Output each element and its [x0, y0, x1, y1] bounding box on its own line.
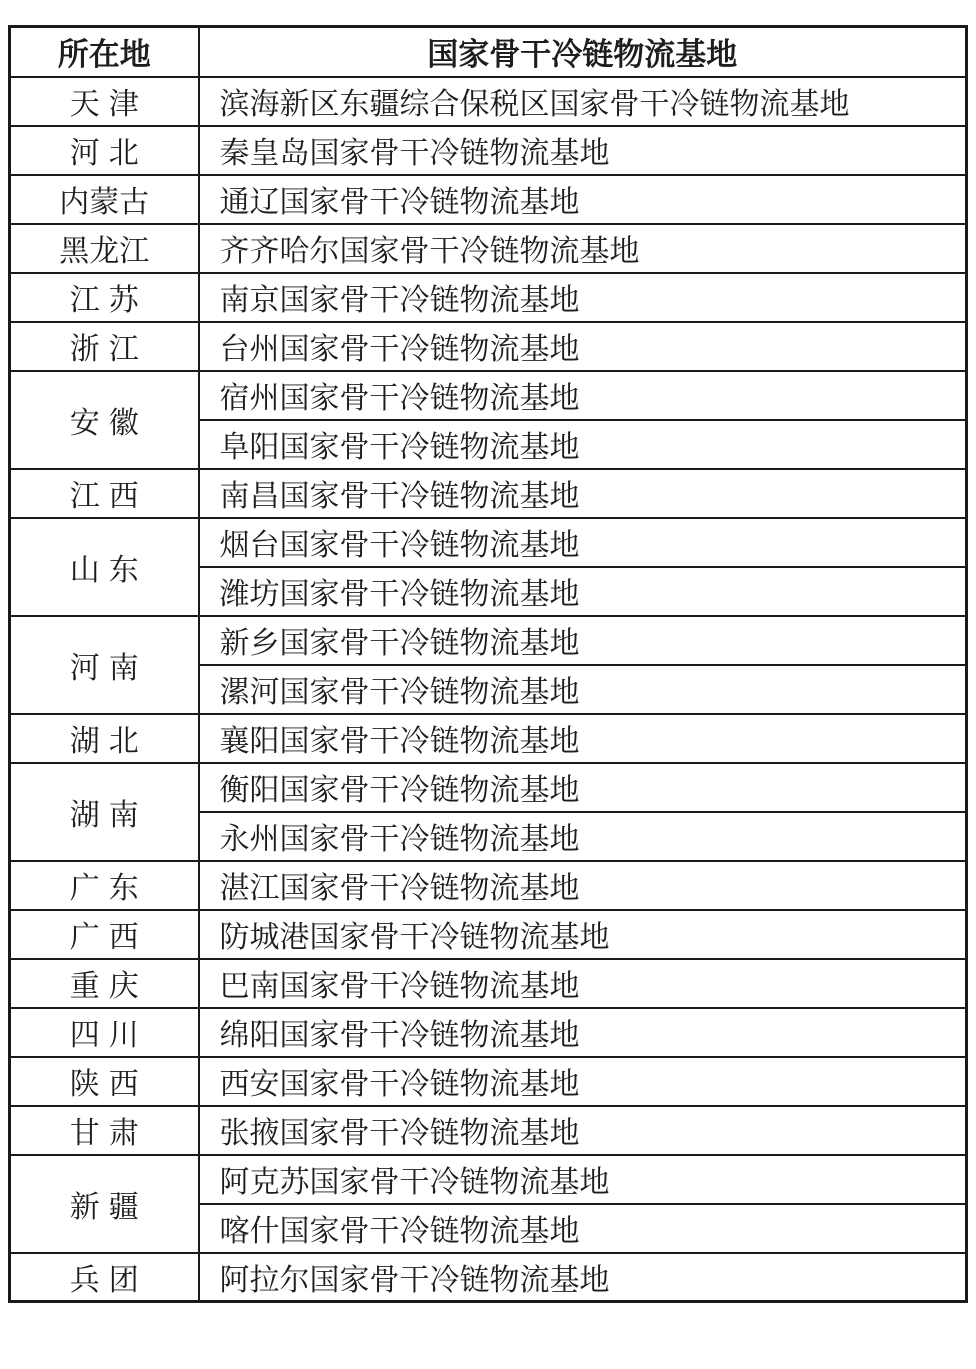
region-cell: 兵团	[10, 1253, 199, 1302]
base-cell: 南昌国家骨干冷链物流基地	[199, 469, 967, 518]
base-cell: 绵阳国家骨干冷链物流基地	[199, 1008, 967, 1057]
table-row: 湖南衡阳国家骨干冷链物流基地	[10, 763, 967, 812]
region-label: 四川	[70, 1019, 148, 1052]
base-cell: 台州国家骨干冷链物流基地	[199, 322, 967, 371]
region-cell: 广西	[10, 910, 199, 959]
region-cell: 广东	[10, 861, 199, 910]
base-cell: 烟台国家骨干冷链物流基地	[199, 518, 967, 567]
region-label: 陕西	[70, 1068, 148, 1101]
region-cell: 内蒙古	[10, 175, 199, 224]
base-cell: 西安国家骨干冷链物流基地	[199, 1057, 967, 1106]
table-row: 安徽宿州国家骨干冷链物流基地	[10, 371, 967, 420]
header-row: 所在地 国家骨干冷链物流基地	[10, 27, 967, 77]
base-cell: 秦皇岛国家骨干冷链物流基地	[199, 126, 967, 175]
region-cell: 天津	[10, 77, 199, 126]
region-cell: 安徽	[10, 371, 199, 469]
base-cell: 衡阳国家骨干冷链物流基地	[199, 763, 967, 812]
table-row: 河南新乡国家骨干冷链物流基地	[10, 616, 967, 665]
table-row: 四川绵阳国家骨干冷链物流基地	[10, 1008, 967, 1057]
region-cell: 浙江	[10, 322, 199, 371]
table-row: 兵团阿拉尔国家骨干冷链物流基地	[10, 1253, 967, 1302]
base-cell: 宿州国家骨干冷链物流基地	[199, 371, 967, 420]
table-body: 天津滨海新区东疆综合保税区国家骨干冷链物流基地河北秦皇岛国家骨干冷链物流基地内蒙…	[10, 77, 967, 1302]
region-label: 山东	[70, 554, 148, 587]
base-cell: 阿拉尔国家骨干冷链物流基地	[199, 1253, 967, 1302]
base-cell: 永州国家骨干冷链物流基地	[199, 812, 967, 861]
table-row: 广东湛江国家骨干冷链物流基地	[10, 861, 967, 910]
region-label: 安徽	[70, 407, 148, 440]
base-cell: 新乡国家骨干冷链物流基地	[199, 616, 967, 665]
table-row: 湖北襄阳国家骨干冷链物流基地	[10, 714, 967, 763]
base-cell: 漯河国家骨干冷链物流基地	[199, 665, 967, 714]
region-cell: 湖南	[10, 763, 199, 861]
region-label: 兵团	[70, 1264, 148, 1297]
region-label: 内蒙古	[59, 186, 149, 219]
region-label: 河南	[70, 652, 148, 685]
table-row: 江苏南京国家骨干冷链物流基地	[10, 273, 967, 322]
header-base: 国家骨干冷链物流基地	[199, 27, 967, 77]
region-label: 江西	[70, 480, 148, 513]
region-label: 湖北	[70, 725, 148, 758]
region-label: 黑龙江	[59, 235, 149, 268]
base-cell: 喀什国家骨干冷链物流基地	[199, 1204, 967, 1253]
base-cell: 湛江国家骨干冷链物流基地	[199, 861, 967, 910]
region-cell: 四川	[10, 1008, 199, 1057]
region-cell: 江苏	[10, 273, 199, 322]
table-row: 广西防城港国家骨干冷链物流基地	[10, 910, 967, 959]
cold-chain-base-table: 所在地 国家骨干冷链物流基地 天津滨海新区东疆综合保税区国家骨干冷链物流基地河北…	[8, 25, 968, 1303]
base-cell: 通辽国家骨干冷链物流基地	[199, 175, 967, 224]
table-row: 天津滨海新区东疆综合保税区国家骨干冷链物流基地	[10, 77, 967, 126]
base-cell: 南京国家骨干冷链物流基地	[199, 273, 967, 322]
region-label: 天津	[70, 88, 148, 121]
region-label: 河北	[70, 137, 148, 170]
base-cell: 阿克苏国家骨干冷链物流基地	[199, 1155, 967, 1204]
table-row: 浙江台州国家骨干冷链物流基地	[10, 322, 967, 371]
table-row: 陕西西安国家骨干冷链物流基地	[10, 1057, 967, 1106]
region-label: 广西	[70, 921, 148, 954]
region-cell: 河南	[10, 616, 199, 714]
region-label: 广东	[70, 872, 148, 905]
region-cell: 甘肃	[10, 1106, 199, 1155]
table-row: 重庆巴南国家骨干冷链物流基地	[10, 959, 967, 1008]
table-row: 江西南昌国家骨干冷链物流基地	[10, 469, 967, 518]
region-label: 新疆	[70, 1191, 148, 1224]
region-cell: 重庆	[10, 959, 199, 1008]
base-cell: 潍坊国家骨干冷链物流基地	[199, 567, 967, 616]
table-row: 黑龙江齐齐哈尔国家骨干冷链物流基地	[10, 224, 967, 273]
base-cell: 防城港国家骨干冷链物流基地	[199, 910, 967, 959]
base-cell: 张掖国家骨干冷链物流基地	[199, 1106, 967, 1155]
region-cell: 山东	[10, 518, 199, 616]
region-cell: 湖北	[10, 714, 199, 763]
base-cell: 齐齐哈尔国家骨干冷链物流基地	[199, 224, 967, 273]
region-cell: 河北	[10, 126, 199, 175]
region-label: 重庆	[70, 970, 148, 1003]
table-row: 内蒙古通辽国家骨干冷链物流基地	[10, 175, 967, 224]
base-cell: 巴南国家骨干冷链物流基地	[199, 959, 967, 1008]
region-label: 湖南	[70, 799, 148, 832]
table-row: 山东烟台国家骨干冷链物流基地	[10, 518, 967, 567]
document-page: 所在地 国家骨干冷链物流基地 天津滨海新区东疆综合保税区国家骨干冷链物流基地河北…	[0, 0, 976, 1310]
region-cell: 黑龙江	[10, 224, 199, 273]
region-cell: 新疆	[10, 1155, 199, 1253]
region-label: 江苏	[70, 284, 148, 317]
table-row: 甘肃张掖国家骨干冷链物流基地	[10, 1106, 967, 1155]
base-cell: 襄阳国家骨干冷链物流基地	[199, 714, 967, 763]
header-region: 所在地	[10, 27, 199, 77]
region-label: 浙江	[70, 333, 148, 366]
base-cell: 阜阳国家骨干冷链物流基地	[199, 420, 967, 469]
base-cell: 滨海新区东疆综合保税区国家骨干冷链物流基地	[199, 77, 967, 126]
region-label: 甘肃	[70, 1117, 148, 1150]
region-cell: 陕西	[10, 1057, 199, 1106]
region-cell: 江西	[10, 469, 199, 518]
table-row: 河北秦皇岛国家骨干冷链物流基地	[10, 126, 967, 175]
table-row: 新疆阿克苏国家骨干冷链物流基地	[10, 1155, 967, 1204]
